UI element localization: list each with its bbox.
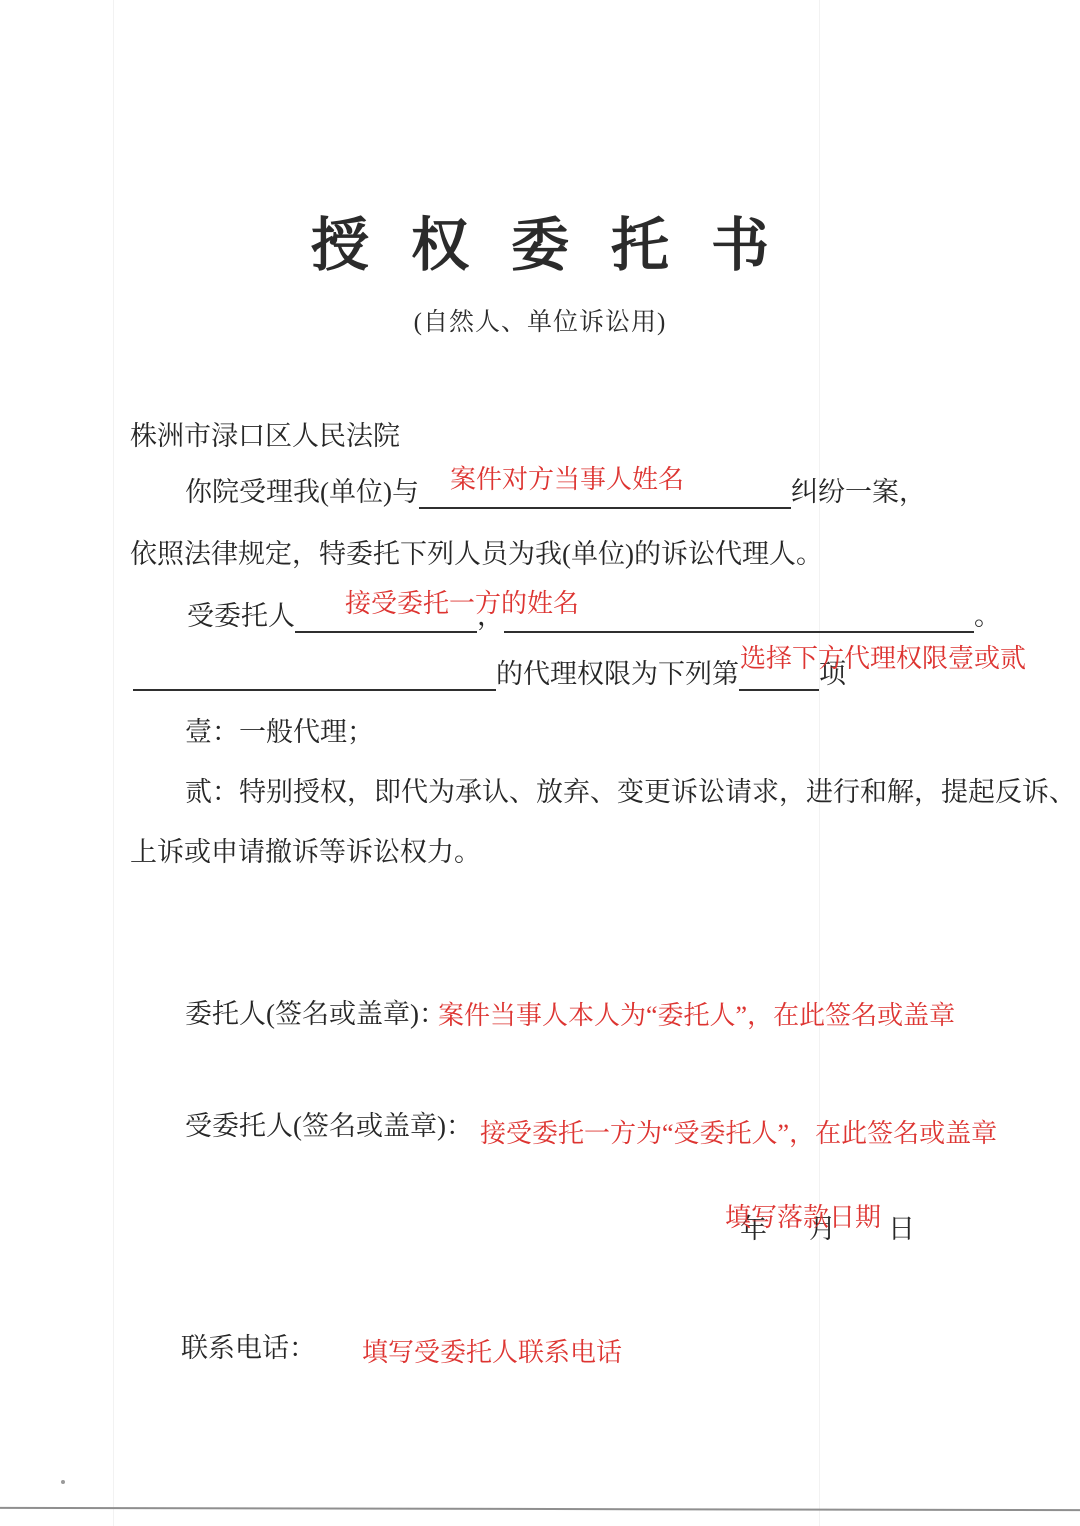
scanned-document-page: 授权委托书 (自然人、单位诉讼用) 株洲市渌口区人民法院 你院受理我(单位)与纠… — [0, 0, 1080, 1526]
scan-artifact-dot — [61, 1480, 65, 1484]
option-two-special-authorization-line2: 上诉或申请撤诉等诉讼权力。 — [130, 836, 481, 870]
annotation-agent-sign-hint: 接受委托一方为“受委托人”，在此签名或盖章 — [480, 1118, 997, 1149]
annotation-phone-hint: 填写受委托人联系电话 — [362, 1337, 622, 1368]
agent-name-line: 受委托人，。 — [187, 600, 1001, 634]
case-intro-prefix: 你院受理我(单位)与 — [185, 477, 419, 507]
case-intro-suffix: 纠纷一案， — [791, 477, 926, 507]
annotation-agent-name: 接受委托一方的姓名 — [345, 588, 579, 619]
date-day-label: 日 — [888, 1214, 915, 1244]
phone-label: 联系电话： — [181, 1332, 316, 1366]
annotation-date-hint: 填写落款日期 — [725, 1202, 881, 1233]
agent-signature-label: 受委托人(签名或盖章)： — [185, 1110, 473, 1144]
option-one-general-agency: 壹：一般代理； — [185, 716, 374, 750]
court-name: 株洲市渌口区人民法院 — [130, 420, 400, 454]
agent-line-period: 。 — [974, 601, 1001, 631]
document-subtitle: (自然人、单位诉讼用) — [0, 302, 1080, 338]
option-two-special-authorization-line1: 贰：特别授权，即代为承认、放弃、变更诉讼请求，进行和解，提起反诉、 — [185, 776, 1076, 810]
document-title: 授权委托书 — [0, 198, 1080, 282]
scan-artifact-bottom-edge-line — [0, 1507, 1080, 1511]
annotation-choose-authority-scope: 选择下方代理权限壹或贰 — [740, 643, 1026, 674]
authority-scope-text: 的代理权限为下列第 — [496, 659, 739, 689]
entrust-statement-line: 依照法律规定，特委托下列人员为我(单位)的诉讼代理人。 — [130, 538, 823, 572]
agent-name-blank-line-3 — [133, 659, 496, 691]
agent-label: 受委托人 — [187, 601, 295, 631]
annotation-principal-sign-hint: 案件当事人本人为“委托人”，在此签名或盖章 — [438, 1000, 955, 1031]
principal-signature-label: 委托人(签名或盖章)： — [185, 998, 446, 1032]
annotation-opposing-party-name: 案件对方当事人姓名 — [450, 464, 684, 495]
